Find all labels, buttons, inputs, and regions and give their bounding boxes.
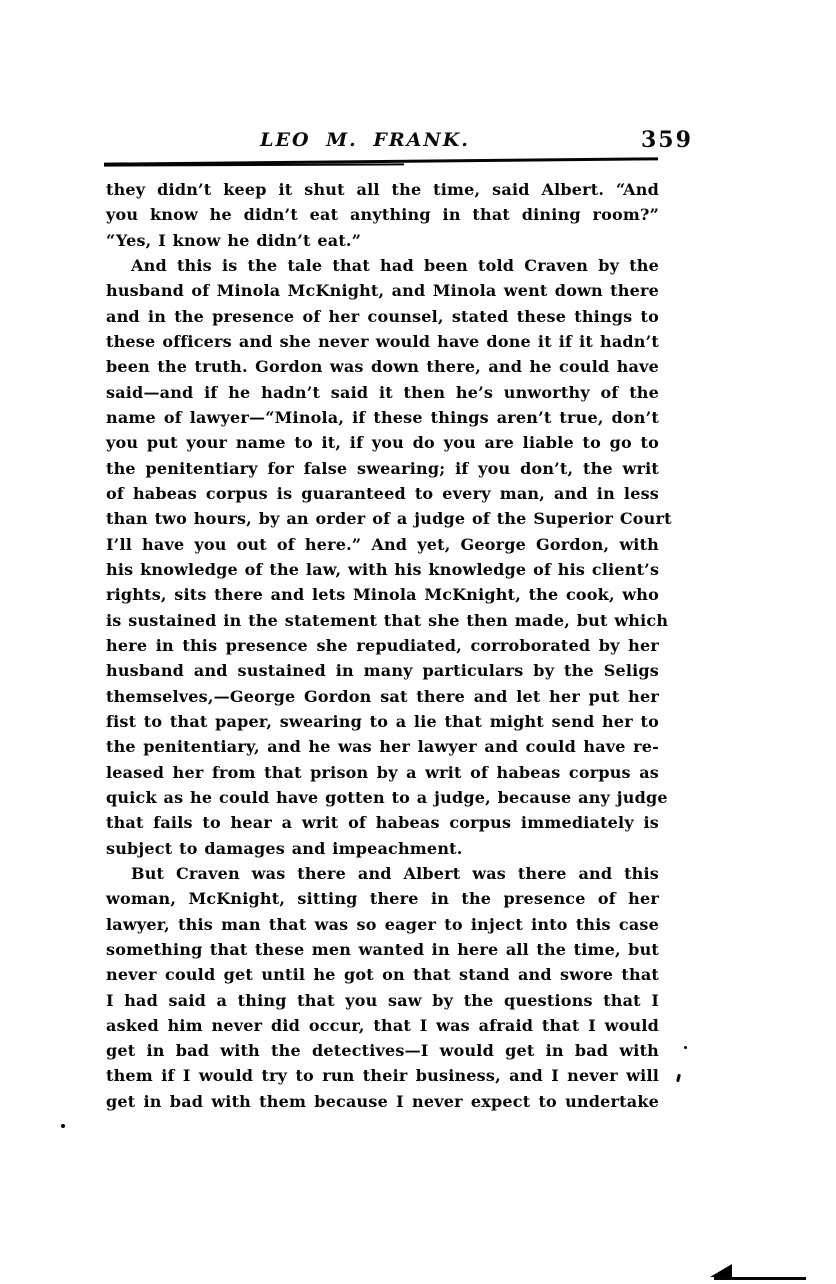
text-line: quick as he could have gotten to a judge…: [106, 785, 659, 810]
text-line: something that these men wanted in here …: [106, 937, 659, 962]
scan-artifact-bar: [714, 1277, 806, 1280]
text-line: name of lawyer—“Minola, if these things …: [106, 405, 659, 430]
text-line: But Craven was there and Albert was ther…: [106, 861, 659, 886]
text-line: and in the presence of her counsel, stat…: [106, 304, 659, 329]
text-line: them if I would try to run their busines…: [106, 1063, 659, 1088]
text-line: rights, sits there and lets Minola McKni…: [106, 582, 659, 607]
text-line: they didn’t keep it shut all the time, s…: [106, 177, 659, 202]
text-line: you know he didn’t eat anything in that …: [106, 202, 659, 227]
text-line: I’ll have you out of here.” And yet, Geo…: [106, 532, 659, 557]
text-line: his knowledge of the law, with his knowl…: [106, 557, 659, 582]
text-line: leased her from that prison by a writ of…: [106, 760, 659, 785]
text-line: than two hours, by an order of a judge o…: [106, 506, 659, 531]
scan-artifact-dot: [684, 1046, 687, 1049]
text-line: husband and sustained in many particular…: [106, 658, 659, 683]
text-line: here in this presence she repudiated, co…: [106, 633, 659, 658]
page-number: 359: [641, 127, 693, 153]
text-line: said—and if he hadn’t said it then he’s …: [106, 380, 659, 405]
text-line: husband of Minola McKnight, and Minola w…: [106, 278, 659, 303]
text-line: fist to that paper, swearing to a lie th…: [106, 709, 659, 734]
text-line: And this is the tale that had been told …: [106, 253, 659, 278]
text-line: the penitentiary for false swearing; if …: [106, 456, 659, 481]
text-line: been the truth. Gordon was down there, a…: [106, 354, 659, 379]
text-line: these officers and she never would have …: [106, 329, 659, 354]
text-line: the penitentiary, and he was her lawyer …: [106, 734, 659, 759]
running-head: LEO M. FRANK. 359: [0, 127, 836, 157]
text-line: subject to damages and impeachment.: [106, 836, 659, 861]
scan-artifact-wedge: [710, 1264, 732, 1277]
paragraph: And this is the tale that had been told …: [106, 253, 659, 861]
text-line: is sustained in the statement that she t…: [106, 608, 659, 633]
text-line: lawyer, this man that was so eager to in…: [106, 912, 659, 937]
page-title: LEO M. FRANK.: [260, 129, 470, 151]
text-line: never could get until he got on that sta…: [106, 962, 659, 987]
text-line: that fails to hear a writ of habeas corp…: [106, 810, 659, 835]
scan-artifact-dot: [61, 1124, 65, 1128]
text-block: they didn’t keep it shut all the time, s…: [106, 177, 659, 1114]
text-line: asked him never did occur, that I was af…: [106, 1013, 659, 1038]
text-line: get in bad with the detectives—I would g…: [106, 1038, 659, 1063]
paragraph: they didn’t keep it shut all the time, s…: [106, 177, 659, 253]
scan-artifact-tick: [676, 1074, 681, 1082]
paragraph: But Craven was there and Albert was ther…: [106, 861, 659, 1114]
book-page: LEO M. FRANK. 359 they didn’t keep it sh…: [0, 0, 836, 1284]
text-line: of habeas corpus is guaranteed to every …: [106, 481, 659, 506]
text-line: I had said a thing that you saw by the q…: [106, 988, 659, 1013]
header-rule-shadow: [104, 163, 404, 166]
text-line: you put your name to it, if you do you a…: [106, 430, 659, 455]
text-line: “Yes, I know he didn’t eat.”: [106, 228, 659, 253]
text-line: woman, McKnight, sitting there in the pr…: [106, 886, 659, 911]
text-line: themselves,—George Gordon sat there and …: [106, 684, 659, 709]
text-line: get in bad with them because I never exp…: [106, 1089, 659, 1114]
